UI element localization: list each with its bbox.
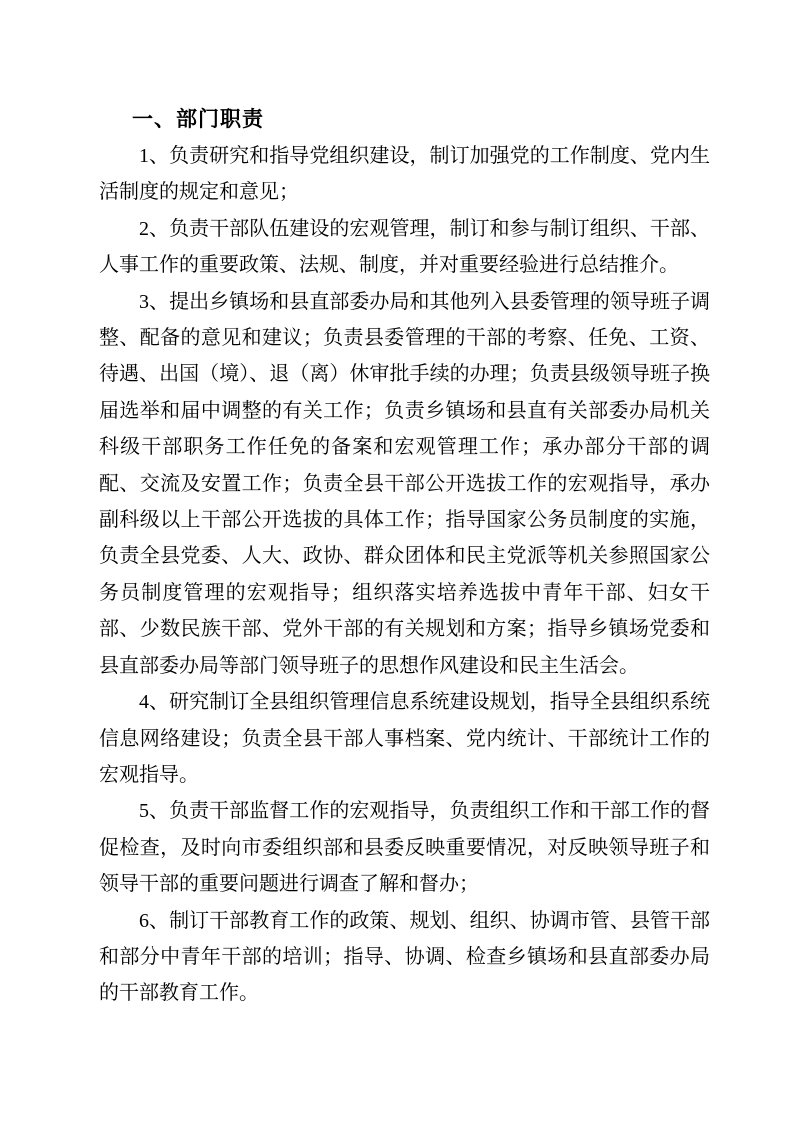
document-title: 一、部门职责 <box>99 102 710 138</box>
paragraph: 5、负责干部监督工作的宏观指导，负责组织工作和干部工作的督促检查，及时向市委组织… <box>99 793 710 902</box>
document-body: 1、负责研究和指导党组织建设，制订加强党的工作制度、党内生活制度的规定和意见；2… <box>99 138 710 1012</box>
paragraph: 6、制订干部教育工作的政策、规划、组织、协调市管、县管干部和部分中青年干部的培训… <box>99 903 710 1012</box>
document-page: 一、部门职责 1、负责研究和指导党组织建设，制订加强党的工作制度、党内生活制度的… <box>0 0 793 1122</box>
paragraph: 2、负责干部队伍建设的宏观管理，制订和参与制订组织、干部、人事工作的重要政策、法… <box>99 211 710 284</box>
paragraph: 3、提出乡镇场和县直部委办局和其他列入县委管理的领导班子调整、配备的意见和建议；… <box>99 284 710 684</box>
paragraph: 4、研究制订全县组织管理信息系统建设规划，指导全县组织系统信息网络建设；负责全县… <box>99 684 710 793</box>
paragraph: 1、负责研究和指导党组织建设，制订加强党的工作制度、党内生活制度的规定和意见； <box>99 138 710 211</box>
